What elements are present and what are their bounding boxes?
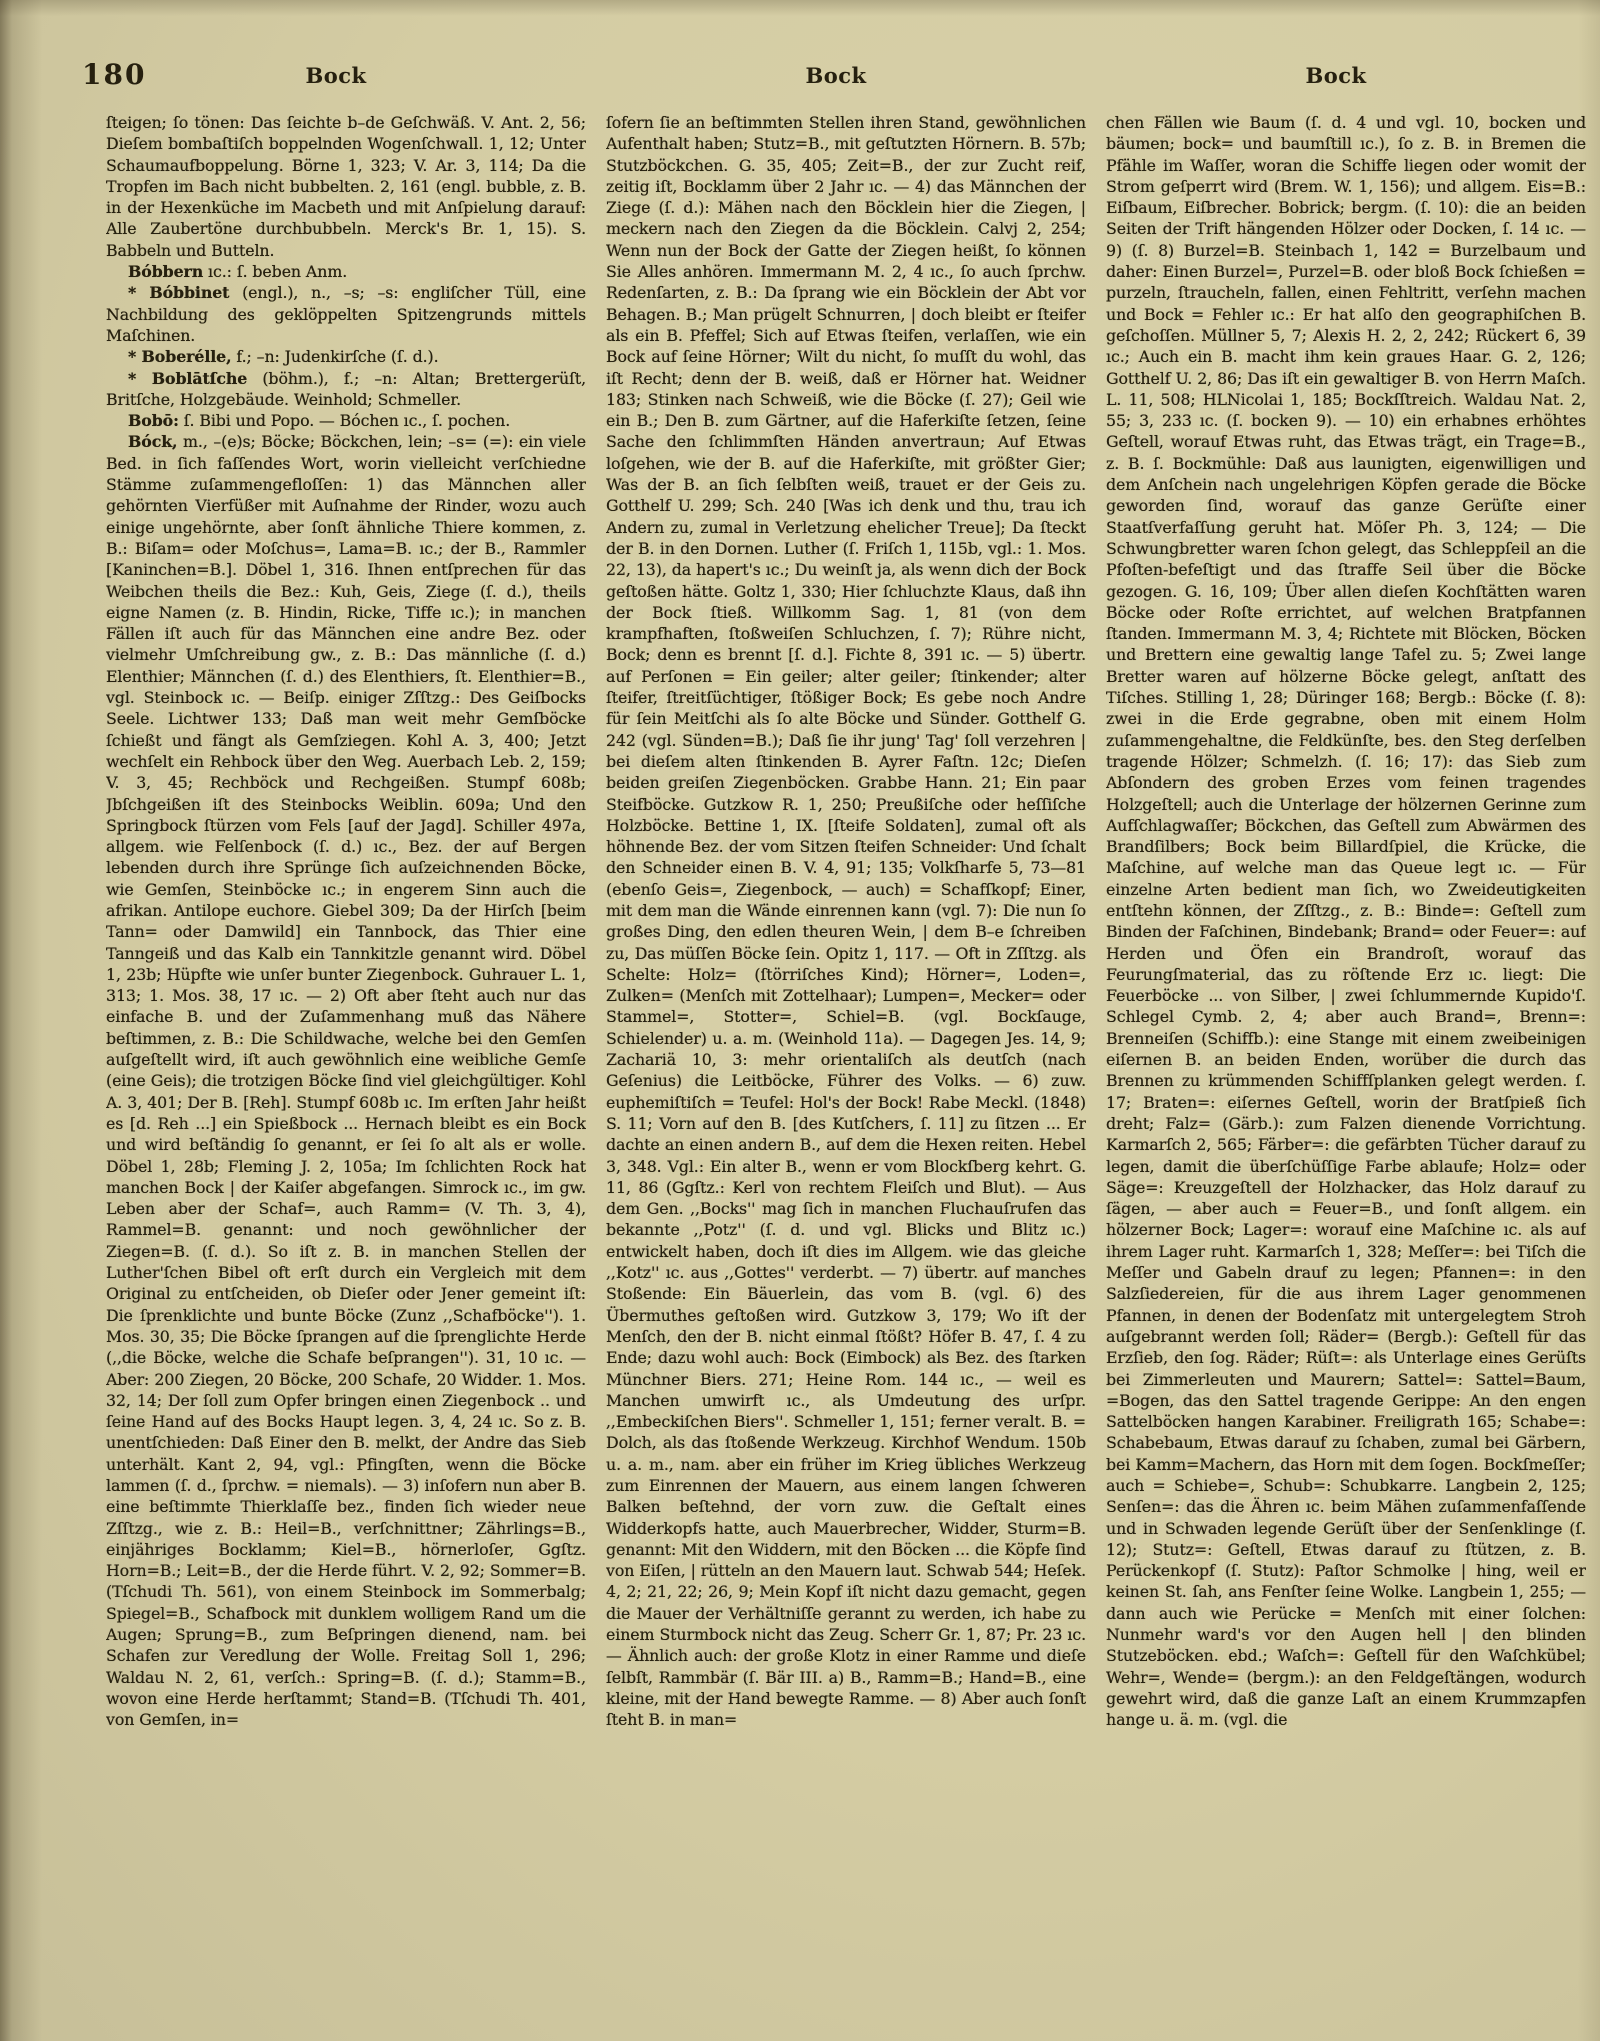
running-head-column-1: Bock — [106, 63, 566, 89]
dictionary-paragraph: chen Fällen wie Baum (ſ. d. 4 und vgl. 1… — [1106, 112, 1586, 1731]
dictionary-paragraph: ſofern ſie an beſtimmten Stellen ihren S… — [606, 112, 1086, 1731]
entry-headword: * Boberélle, — [128, 347, 231, 366]
entry-headword: * Boblātſche — [128, 369, 247, 388]
dictionary-paragraph: * Bóbbinet (engl.), n., –s; –s: engliſch… — [106, 282, 586, 346]
dictionary-paragraph: * Boblātſche (böhm.), f.; –n: Altan; Bre… — [106, 368, 586, 411]
entry-headword: Bóck, — [128, 432, 177, 451]
dictionary-paragraph: ſteigen; ſo tönen: Das ſeichte b–de Geſc… — [106, 112, 586, 261]
text-column-3: chen Fällen wie Baum (ſ. d. 4 und vgl. 1… — [1106, 112, 1586, 1992]
entry-headword: Bobō: — [128, 411, 179, 430]
dictionary-paragraph: Bóck, m., –(e)s; Böcke; Böckchen, lein; … — [106, 431, 586, 1730]
text-column-2: ſofern ſie an beſtimmten Stellen ihren S… — [606, 112, 1086, 1992]
running-head-column-2: Bock — [606, 63, 1066, 89]
entry-headword: Bóbbern — [128, 262, 203, 281]
dictionary-paragraph: Bóbbern ıc.: ſ. beben Anm. — [106, 261, 586, 282]
running-head-column-3: Bock — [1106, 63, 1566, 89]
entry-headword: * Bóbbinet — [128, 283, 229, 302]
dictionary-paragraph: Bobō: ſ. Bibi und Popo. — Bóchen ıc., ſ.… — [106, 410, 586, 431]
scanned-dictionary-page: 180 Bock Bock Bock ſteigen; ſo tönen: Da… — [0, 0, 1600, 2041]
text-column-1: ſteigen; ſo tönen: Das ſeichte b–de Geſc… — [106, 112, 586, 1992]
dictionary-paragraph: * Boberélle, f.; –n: Judenkirſche (ſ. d.… — [106, 346, 586, 367]
